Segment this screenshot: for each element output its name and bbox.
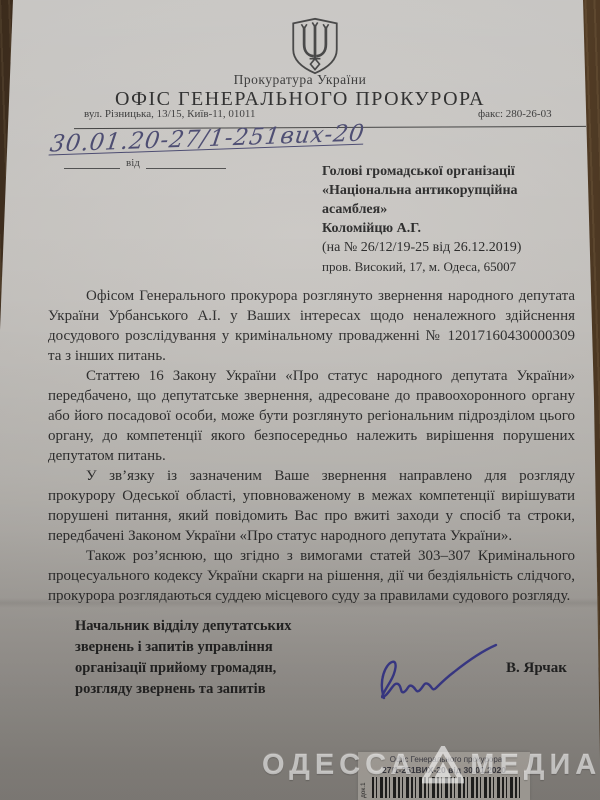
reference-date-line: від — [64, 156, 226, 169]
recipient-line: Голові громадської організації — [322, 162, 580, 181]
photo-background: Прокуратура України ОФІС ГЕНЕРАЛЬНОГО ПР… — [0, 0, 600, 800]
signer-title-line: звернень і запитів управління — [75, 637, 365, 658]
recipient-block: Голові громадської організації «Націонал… — [322, 162, 580, 276]
registration-stamp: Офіс Генерального прокурора 27/1-251ВИХ-… — [358, 752, 530, 800]
signer-name: В. Ярчак — [506, 660, 567, 677]
signer-title-block: Начальник відділу депутатських звернень … — [75, 616, 365, 700]
org-name-line: Прокуратура України — [0, 72, 600, 88]
signer-title-line: Начальник відділу депутатських — [75, 616, 365, 637]
office-fax: факс: 280-26-03 — [478, 108, 552, 120]
body-paragraph-3: У зв’язку із зазначеним Ваше звернення н… — [48, 466, 575, 546]
stamp-doc-label: док.1 — [360, 782, 367, 798]
handwritten-reference-number: 30.01.20-27/1-251вих-20 — [48, 120, 366, 157]
blank-date-line — [146, 156, 226, 169]
body-paragraph-4: Також роз’яснюю, що згідно з вимогами ст… — [48, 546, 575, 606]
barcode — [372, 777, 522, 798]
handwritten-signature — [362, 636, 502, 716]
stamp-number-line: 27/1-251ВИХ-20 від 30.01.2020 — [362, 765, 526, 775]
body-paragraph-1: Офісом Генерального прокурора розглянуто… — [48, 286, 575, 366]
body-paragraph-2: Статтею 16 Закону України «Про статус на… — [48, 366, 575, 466]
stamp-office-line: Офіс Генерального прокурора — [366, 755, 526, 764]
blank-number-line — [64, 156, 120, 169]
recipient-address-line: пров. Високий, 17, м. Одеса, 65007 — [322, 257, 580, 276]
signer-title-line: організації прийому громадян, — [75, 658, 365, 679]
recipient-line: Коломійцю А.Г. — [322, 219, 580, 238]
from-label: від — [126, 157, 140, 169]
office-address: вул. Різницька, 13/15, Київ-11, 01011 — [84, 108, 255, 120]
recipient-line: асамблея» — [322, 200, 580, 219]
recipient-line: «Національна антикорупційна — [322, 181, 580, 200]
letter-body: Офісом Генерального прокурора розглянуто… — [48, 286, 575, 606]
signer-title-line: розгляду звернень та запитів — [75, 679, 365, 700]
recipient-ref-line: (на № 26/12/19-25 від 26.12.2019) — [322, 238, 580, 257]
ukraine-trident-emblem-icon — [286, 17, 344, 75]
document-paper: Прокуратура України ОФІС ГЕНЕРАЛЬНОГО ПР… — [0, 0, 600, 800]
